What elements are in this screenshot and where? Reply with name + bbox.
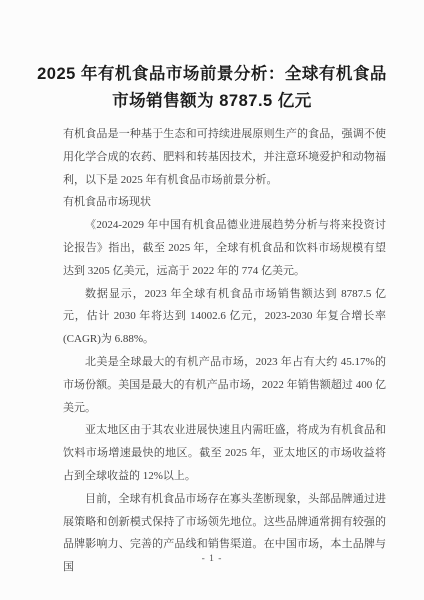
paragraph: 北美是全球最大的有机产品市场，2023 年占有大约 45.17%的市场份额。美国… bbox=[63, 351, 386, 419]
document-title: 2025 年有机食品市场前景分析：全球有机食品市场销售额为 8787.5 亿元 bbox=[0, 61, 424, 115]
paragraph: 《2024-2029 年中国有机食品德业进展趋势分析与将来投资讨论报告》指出，截… bbox=[63, 214, 386, 282]
section-heading: 有机食品市场现状 bbox=[63, 191, 386, 214]
paragraph: 有机食品是一种基于生态和可持续进展原则生产的食品，强调不使用化学合成的农药、肥料… bbox=[63, 123, 386, 191]
paragraph: 亚太地区由于其农业进展快速且内需旺盛，将成为有机食品和饮料市场增速最快的地区。截… bbox=[63, 419, 386, 487]
page-number: - 1 - bbox=[0, 552, 424, 566]
document-page: 2025 年有机食品市场前景分析：全球有机食品市场销售额为 8787.5 亿元 … bbox=[0, 0, 424, 600]
document-body: 有机食品是一种基于生态和可持续进展原则生产的食品，强调不使用化学合成的农药、肥料… bbox=[63, 123, 386, 579]
paragraph: 数据显示，2023 年全球有机食品市场销售额达到 8787.5 亿元，估计 20… bbox=[63, 283, 386, 351]
